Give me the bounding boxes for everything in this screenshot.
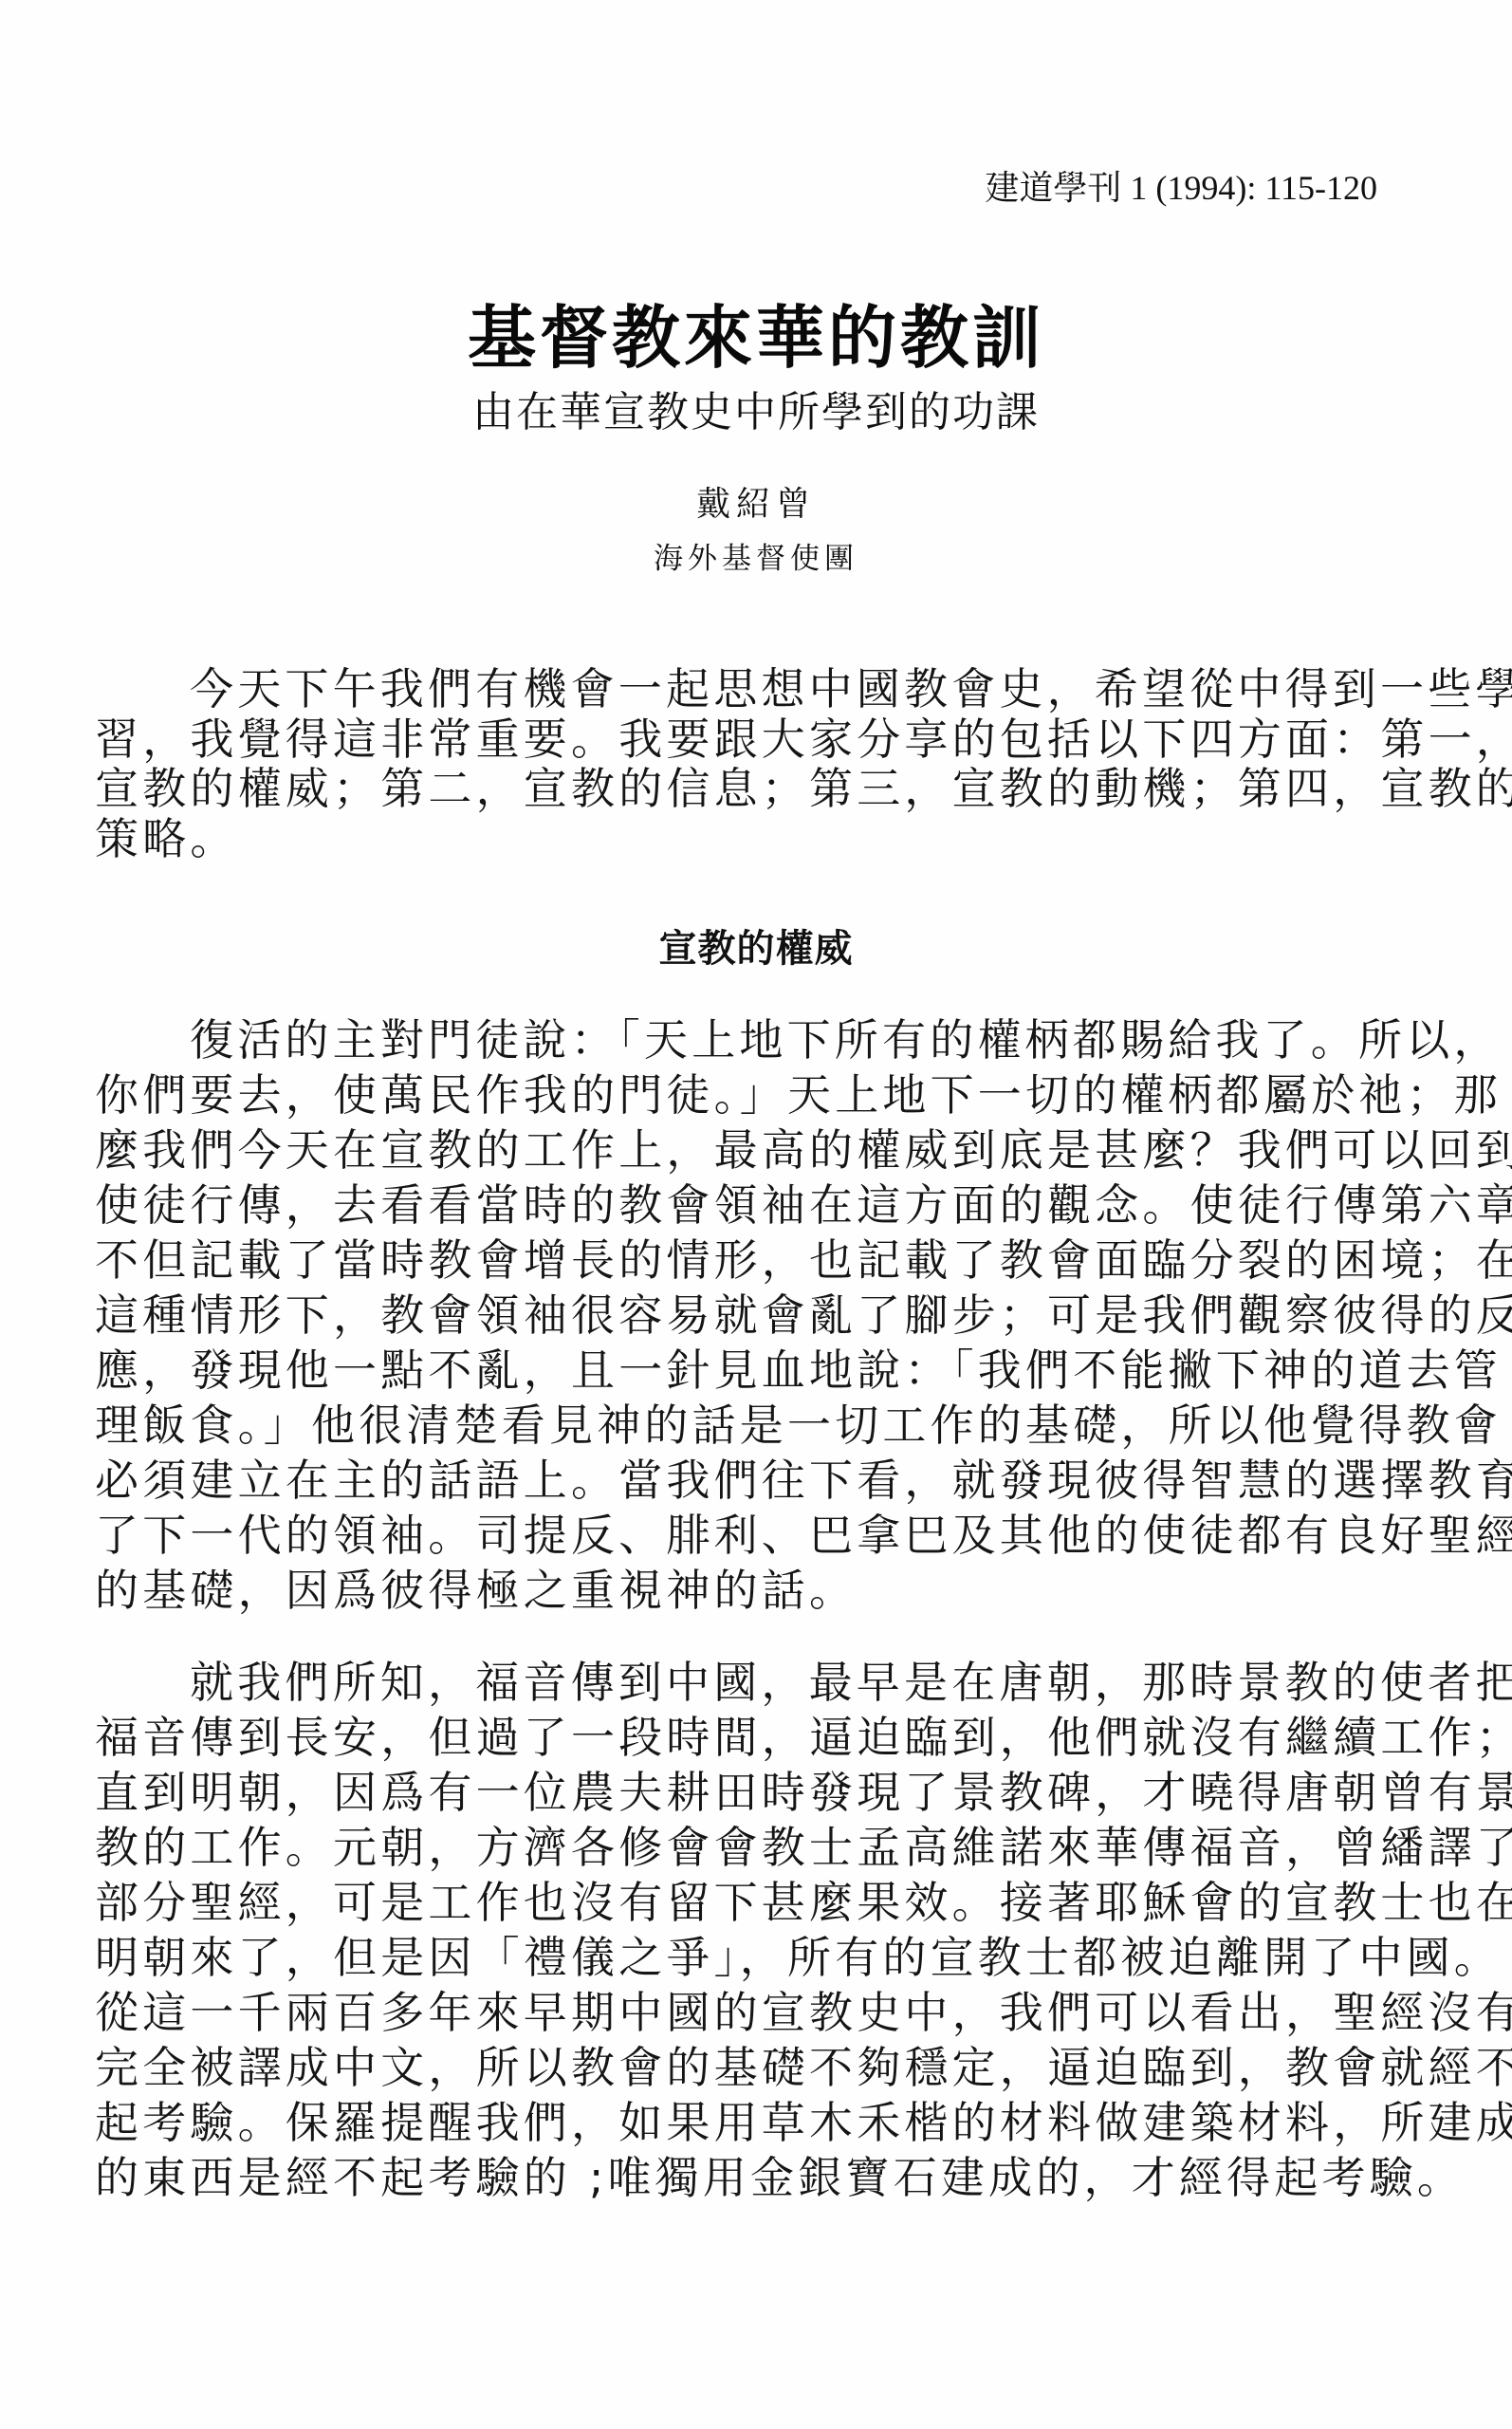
document-page: 建道學刊 1 (1994): 115-120 基督教來華的教訓 由在華宣教史中所… [0, 0, 1512, 2429]
text-line: 明朝來了，但是因「禮儀之爭」，所有的宣教士都被迫離開了中國。 [95, 1931, 1349, 1984]
text-line: 你們要去，使萬民作我的門徒。」天上地下一切的權柄都屬於祂；那 [95, 1068, 1349, 1122]
author-affiliation: 海外基督使團 [0, 534, 1512, 577]
text-line: 策略。 [95, 812, 1349, 865]
text-line: 必須建立在主的話語上。當我們往下看，就發現彼得智慧的選擇教育 [95, 1454, 1349, 1507]
text-line: 不但記載了當時教會增長的情形，也記載了教會面臨分裂的困境；在 [95, 1233, 1349, 1287]
text-line: 復活的主對門徒說：「天上地下所有的權柄都賜給我了。所以， [190, 1013, 1349, 1066]
text-line: 的東西是經不起考驗的 ;唯獨用金銀寶石建成的，才經得起考驗。 [95, 2151, 1349, 2204]
text-line: 完全被譯成中文，所以教會的基礎不夠穩定，逼迫臨到，教會就經不 [95, 2041, 1349, 2094]
text-line: 就我們所知，福音傳到中國，最早是在唐朝，那時景教的使者把 [190, 1656, 1349, 1709]
text-line: 理飯食。」他很清楚看見神的話是一切工作的基礎，所以他覺得教會 [95, 1399, 1349, 1452]
text-line: 這種情形下，教會領袖很容易就會亂了腳步；可是我們觀察彼得的反 [95, 1289, 1349, 1342]
text-line: 福音傳到長安，但過了一段時間，逼迫臨到，他們就沒有繼續工作； [95, 1711, 1349, 1764]
text-line: 的基礎，因爲彼得極之重視神的話。 [95, 1564, 1349, 1617]
text-line: 應，發現他一點不亂，且一針見血地說：「我們不能撇下神的道去管 [95, 1344, 1349, 1397]
text-line: 今天下午我們有機會一起思想中國教會史，希望從中得到一些學 [190, 662, 1349, 715]
text-line: 直到明朝，因爲有一位農夫耕田時發現了景教碑，才曉得唐朝曾有景 [95, 1766, 1349, 1819]
article-subtitle: 由在華宣教史中所學到的功課 [0, 378, 1512, 438]
text-line: 使徒行傳，去看看當時的教會領袖在這方面的觀念。使徒行傳第六章 [95, 1178, 1349, 1232]
text-line: 麼我們今天在宣教的工作上，最高的權威到底是甚麼？我們可以回到 [95, 1123, 1349, 1177]
text-line: 教的工作。元朝，方濟各修會會教士孟高維諾來華傳福音，曾繙譯了 [95, 1821, 1349, 1874]
text-line: 部分聖經，可是工作也沒有留下甚麼果效。接著耶穌會的宣教士也在 [95, 1876, 1349, 1929]
text-line: 從這一千兩百多年來早期中國的宣教史中，我們可以看出，聖經沒有 [95, 1986, 1349, 2039]
text-line: 宣教的權威；第二，宣教的信息；第三，宣教的動機；第四，宣教的 [95, 762, 1349, 815]
text-line: 了下一代的領袖。司提反、腓利、巴拿巴及其他的使徒都有良好聖經 [95, 1509, 1349, 1562]
journal-citation: 建道學刊 1 (1994): 115-120 [985, 161, 1377, 210]
article-title: 基督教來華的教訓 [0, 283, 1512, 381]
author-name: 戴紹曾 [0, 477, 1512, 526]
text-line: 起考驗。保羅提醒我們，如果用草木禾楷的材料做建築材料，所建成 [95, 2096, 1349, 2149]
text-line: 習，我覺得這非常重要。我要跟大家分享的包括以下四方面：第一， [95, 713, 1349, 766]
section-heading: 宣教的權威 [0, 918, 1512, 973]
